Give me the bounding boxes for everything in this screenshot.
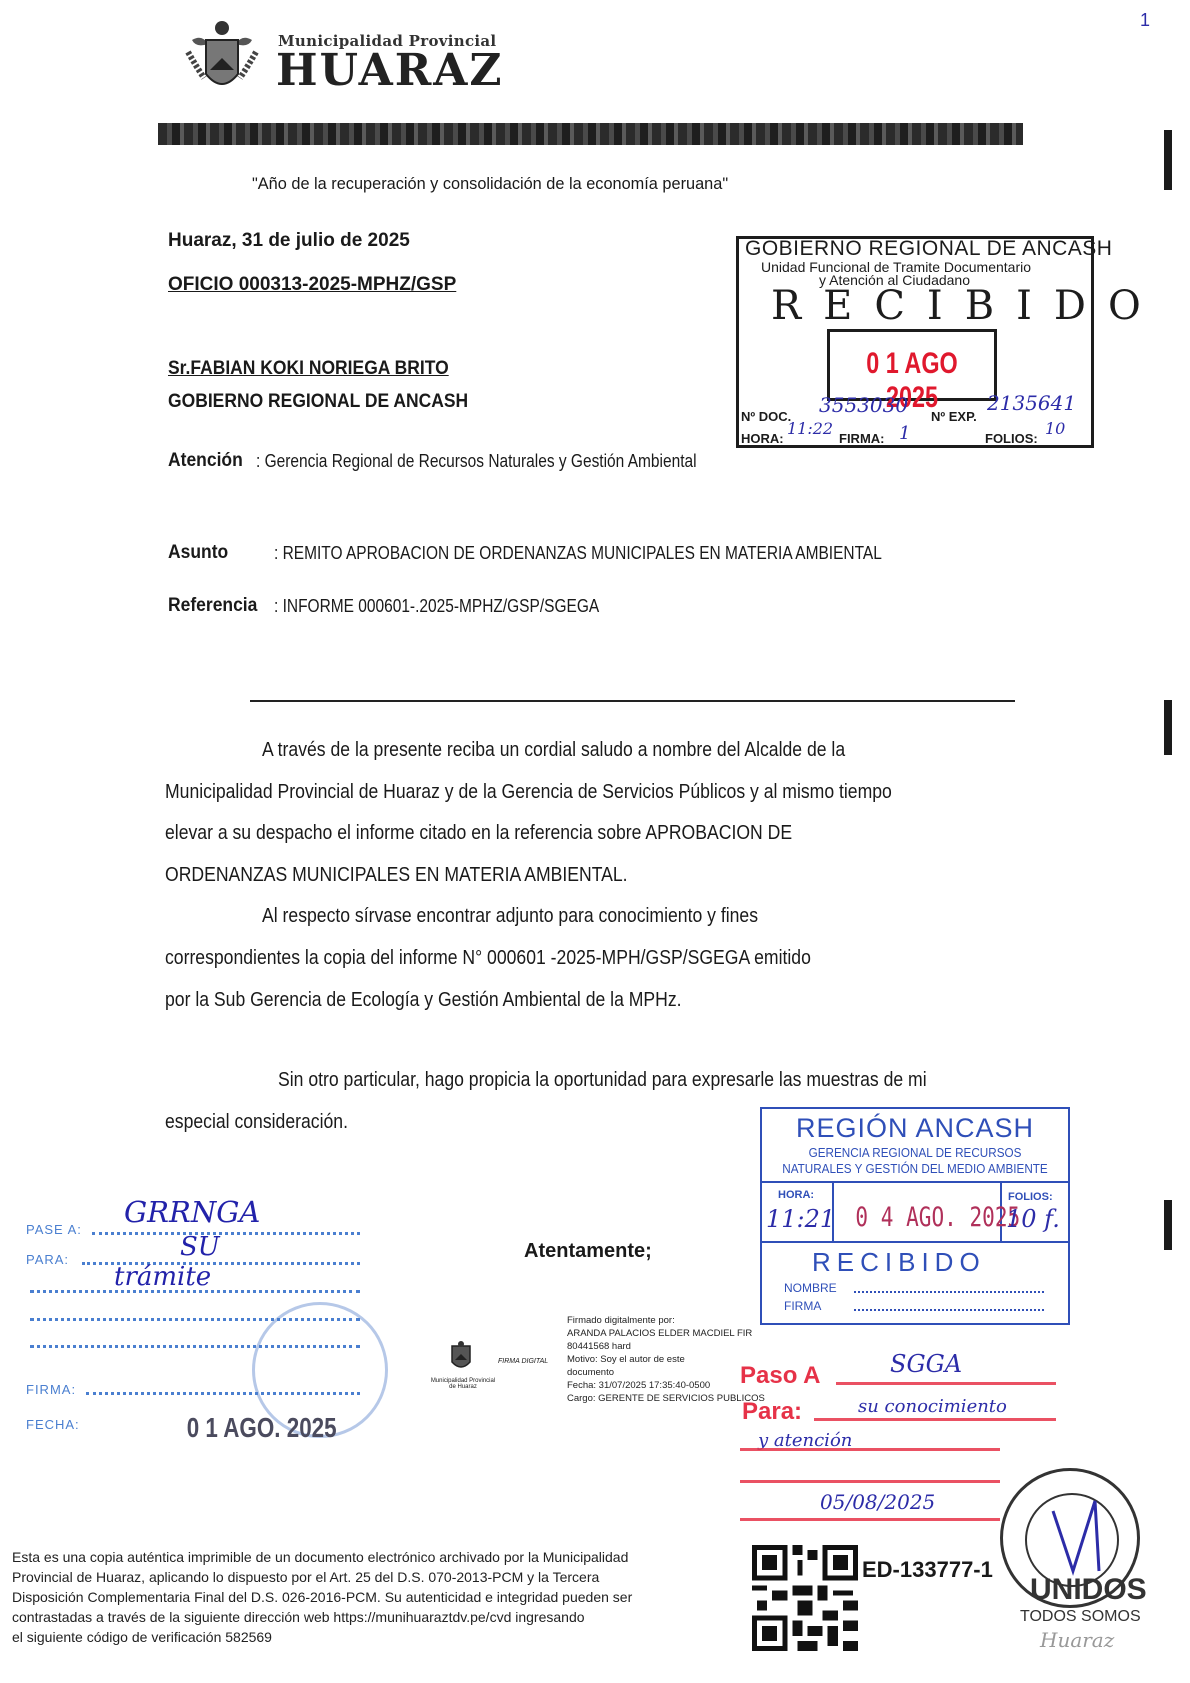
body-line: A través de la presente reciba un cordia… — [262, 730, 845, 772]
digital-signature-badge: FIRMA DIGITAL — [498, 1358, 548, 1365]
para-value: su conocimiento — [858, 1396, 1007, 1417]
field-value-atencion: : Gerencia Regional de Recursos Naturale… — [256, 451, 697, 472]
para-label: Para: — [742, 1398, 802, 1426]
notice-line: contrastadas a través de la siguiente di… — [12, 1607, 632, 1627]
nombre-label: NOMBRE — [784, 1281, 837, 1295]
folios-value: 10 f. — [1006, 1205, 1060, 1233]
sig-line: documento — [567, 1366, 765, 1379]
scan-edge-mark — [1164, 130, 1172, 190]
hora-label: HORA: — [778, 1189, 814, 1201]
red-line — [740, 1480, 1000, 1483]
body-line: Al respecto sírvase encontrar adjunto pa… — [262, 896, 758, 938]
pase-value: GRRNGA — [124, 1195, 260, 1229]
body-line: Municipalidad Provincial de Huaraz y de … — [165, 772, 892, 814]
red-line — [740, 1448, 1000, 1451]
route-line — [30, 1290, 360, 1293]
logo-caption: Municipalidad Provincial de Huaraz — [428, 1378, 498, 1390]
exp-number-value: 2135641 — [987, 391, 1076, 415]
closing-line: Sin otro particular, hago propicia la op… — [278, 1060, 927, 1102]
coat-of-arms-icon — [182, 18, 262, 98]
recipient-org: GOBIERNO REGIONAL DE ANCASH — [168, 391, 468, 413]
doc-number-label: Nº DOC. — [741, 409, 791, 424]
sig-line: Motivo: Soy el autor de este — [567, 1353, 765, 1366]
para-label: PARA: — [26, 1252, 69, 1267]
firma-label: FIRMA: — [839, 431, 885, 446]
sig-line: Fecha: 31/07/2025 17:35:40-0500 — [567, 1379, 765, 1392]
sig-line: 80441568 hard — [567, 1340, 765, 1353]
firma-label: FIRMA: — [26, 1382, 76, 1397]
pase-label: PASE A: — [26, 1222, 82, 1237]
stamp-title: REGIÓN ANCASH — [762, 1113, 1068, 1144]
document-code: ED-133777-1 — [862, 1557, 993, 1583]
place-date: Huaraz, 31 de julio de 2025 — [168, 230, 410, 252]
body-line: correspondientes la copia del informe N°… — [165, 938, 811, 980]
hora-value: 11:21 — [766, 1205, 835, 1233]
nombre-line — [854, 1291, 1044, 1294]
route-line — [30, 1345, 360, 1348]
field-value-asunto: : REMITO APROBACION DE ORDENANZAS MUNICI… — [274, 543, 882, 564]
stamp-title: GOBIERNO REGIONAL DE ANCASH — [745, 237, 1112, 261]
body-line: ORDENANZAS MUNICIPALES EN MATERIA AMBIEN… — [165, 855, 628, 897]
scan-edge-mark — [1164, 1200, 1172, 1250]
section-divider — [250, 700, 1015, 702]
sig-line: Cargo: GERENTE DE SERVICIOS PUBLICOS — [567, 1392, 765, 1405]
oficio-number: OFICIO 000313-2025-MPHZ/GSP — [168, 274, 456, 296]
forward-date: 05/08/2025 — [820, 1490, 935, 1514]
firma-line — [854, 1309, 1044, 1312]
hora-label: HORA: — [741, 431, 784, 446]
paso-label: Paso A — [740, 1362, 820, 1390]
notice-line: Disposición Complementaria Final del D.S… — [12, 1587, 632, 1607]
reception-stamp-regional: GOBIERNO REGIONAL DE ANCASH Unidad Funci… — [736, 236, 1094, 448]
paso-line — [836, 1382, 1056, 1385]
fecha-label: FECHA: — [26, 1417, 80, 1432]
body-line: elevar a su despacho el informe citado e… — [165, 813, 792, 855]
route-line — [30, 1318, 360, 1321]
campaign-signature: Huaraz — [1040, 1628, 1114, 1652]
qr-code-icon[interactable] — [752, 1545, 858, 1651]
para-line — [814, 1418, 1056, 1421]
red-line — [740, 1518, 1000, 1521]
field-label-asunto: Asunto — [168, 542, 228, 564]
stamp-rule — [762, 1241, 1068, 1243]
notice-line: el siguiente código de verificación 5825… — [12, 1627, 632, 1647]
sig-line: Firmado digitalmente por: — [567, 1314, 765, 1327]
page-mark: 1 — [1140, 10, 1150, 31]
municipal-logo-icon — [444, 1340, 478, 1374]
doc-number-value: 3553030 — [819, 393, 908, 417]
field-label-referencia: Referencia — [168, 595, 257, 617]
institution-name: HUARAZ — [276, 48, 504, 94]
stamp-status: RECIBIDO — [771, 283, 1163, 329]
recipient-name: Sr.FABIAN KOKI NORIEGA BRITO — [168, 358, 449, 380]
year-motto: "Año de la recuperación y consolidación … — [252, 174, 728, 194]
folios-label: FOLIOS: — [985, 431, 1038, 446]
closing-line: especial consideración. — [165, 1102, 348, 1144]
sign-off: Atentamente; — [524, 1240, 652, 1263]
firma-line — [86, 1392, 360, 1395]
scan-edge-mark — [1164, 700, 1172, 755]
notice-line: Esta es una copia auténtica imprimible d… — [12, 1547, 632, 1567]
folios-value: 10 — [1045, 419, 1065, 438]
folios-label: FOLIOS: — [1008, 1191, 1053, 1203]
stamp-subtitle: GERENCIA REGIONAL DE RECURSOS — [777, 1145, 1052, 1160]
firma-label: FIRMA — [784, 1299, 821, 1313]
campaign-title: UNIDOS — [1030, 1573, 1147, 1607]
campaign-subtitle: TODOS SOMOS — [1020, 1608, 1141, 1626]
notice-line: Provincial de Huaraz, aplicando lo dispu… — [12, 1567, 632, 1587]
digital-signature-text: Firmado digitalmente por: ARANDA PALACIO… — [567, 1314, 765, 1405]
header-banner — [158, 123, 1023, 145]
paso-value: SGGA — [890, 1350, 962, 1378]
fecha-value: 0 1 AGO. 2025 — [187, 1412, 337, 1444]
para-value-2: trámite — [114, 1262, 211, 1292]
para-value: SU — [180, 1232, 220, 1262]
stamp-subtitle: NATURALES Y GESTIÓN DEL MEDIO AMBIENTE — [777, 1161, 1052, 1176]
body-line: por la Sub Gerencia de Ecología y Gestió… — [165, 980, 682, 1022]
firma-value: 1 — [899, 423, 910, 444]
stamp-date-box: 0 1 AGO 2025 — [827, 329, 997, 401]
exp-number-label: Nº EXP. — [931, 409, 977, 424]
stamp-date: 0 4 AGO. 2025 — [855, 1202, 978, 1233]
sig-line: ARANDA PALACIOS ELDER MACDIEL FIR — [567, 1327, 765, 1340]
stamp-status: RECIBIDO — [812, 1247, 986, 1278]
field-value-referencia: : INFORME 000601-.2025-MPHZ/GSP/SGEGA — [274, 596, 599, 617]
stamp-rule — [762, 1181, 1068, 1183]
authenticity-notice: Esta es una copia auténtica imprimible d… — [12, 1547, 632, 1647]
field-label-atencion: Atención — [168, 450, 243, 472]
reception-stamp-gerencia: REGIÓN ANCASH GERENCIA REGIONAL DE RECUR… — [760, 1107, 1070, 1325]
pase-line — [92, 1232, 360, 1235]
hora-value: 11:22 — [787, 419, 833, 438]
